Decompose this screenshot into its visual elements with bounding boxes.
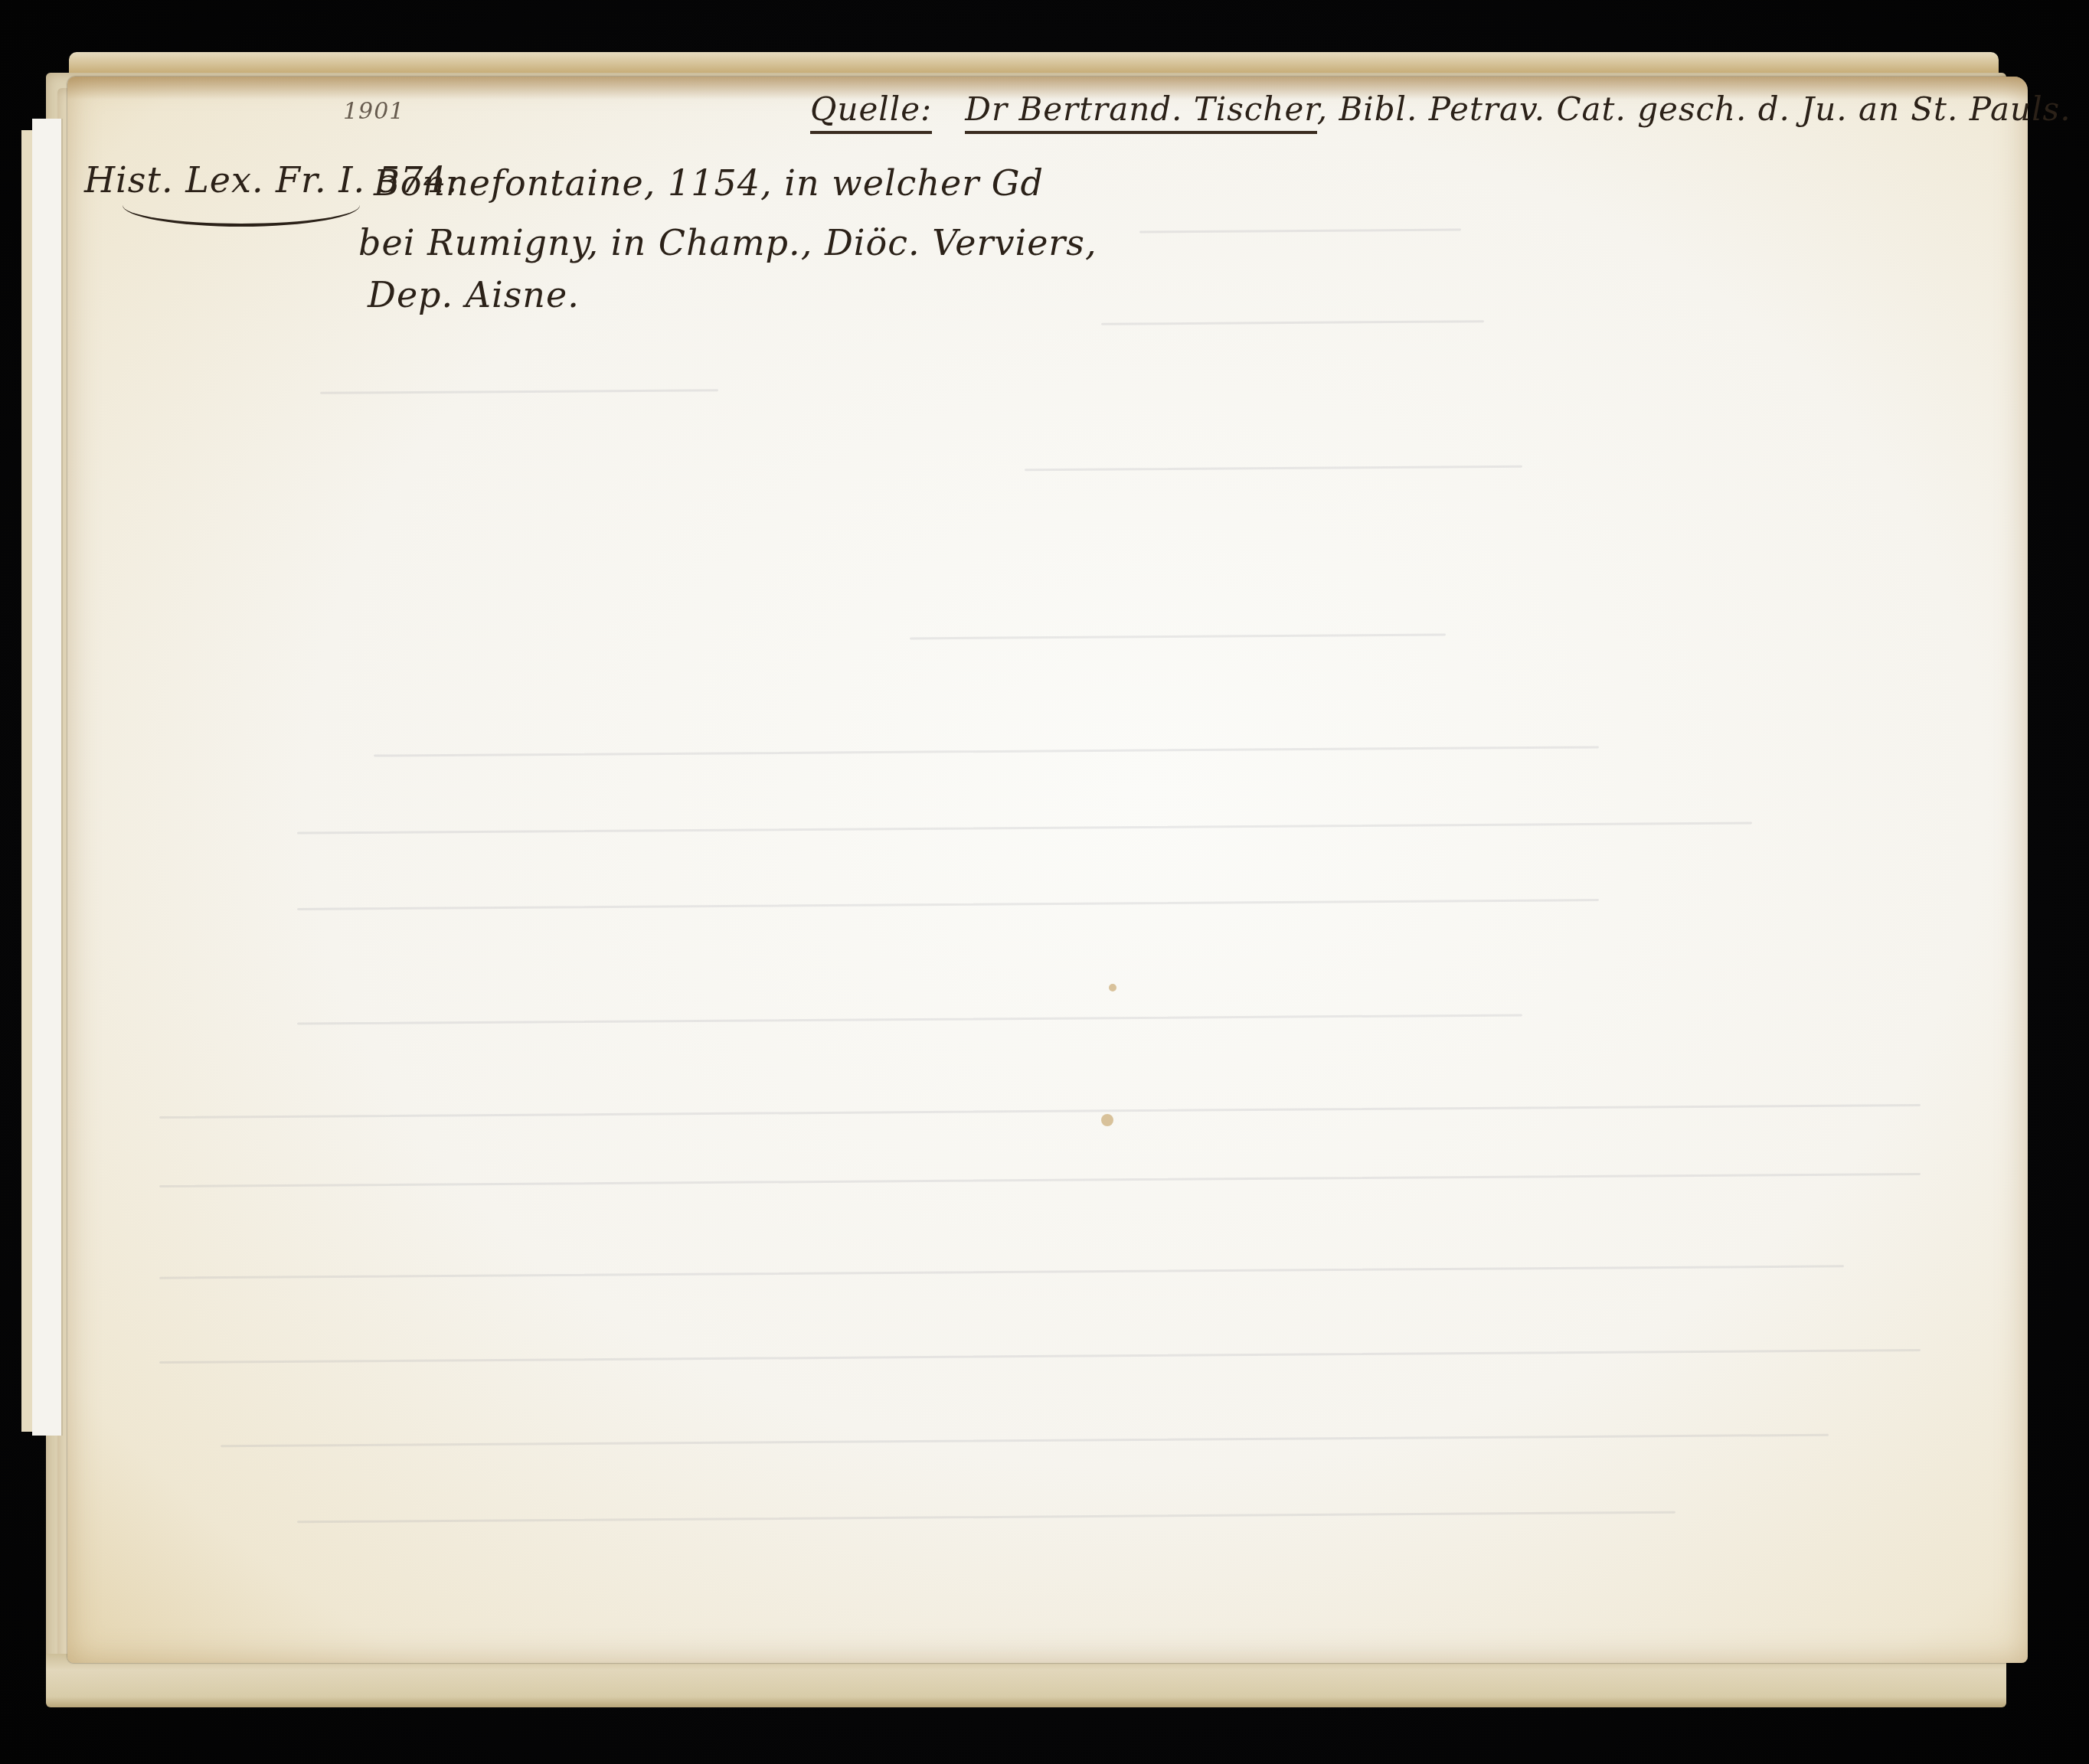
entry-line-1: Bonnefontaine, 1154, in welcher Gd [374, 162, 1044, 204]
source-label: Quelle: [810, 90, 932, 134]
source-line: Quelle: Dr Bertrand. Tischer, Bibl. Petr… [810, 90, 2071, 128]
entry-line-2: bei Rumigny, in Champ., Diöc. Verviers, [358, 222, 1097, 263]
manuscript-page: 1901 Quelle: Dr Bertrand. Tischer, Bibl.… [67, 77, 2028, 1663]
foxing-spot [1101, 1114, 1113, 1126]
source-citation: , Bibl. Petrav. Cat. gesch. d. Ju. an St… [1317, 90, 2071, 128]
reference-underline [123, 205, 360, 227]
source-author: Dr Bertrand. Tischer [965, 90, 1316, 134]
foxing-spot [1109, 984, 1116, 991]
folio-mark: 1901 [343, 98, 404, 125]
entry-line-3: Dep. Aisne. [368, 274, 580, 315]
interleaf-strip [32, 119, 63, 1436]
